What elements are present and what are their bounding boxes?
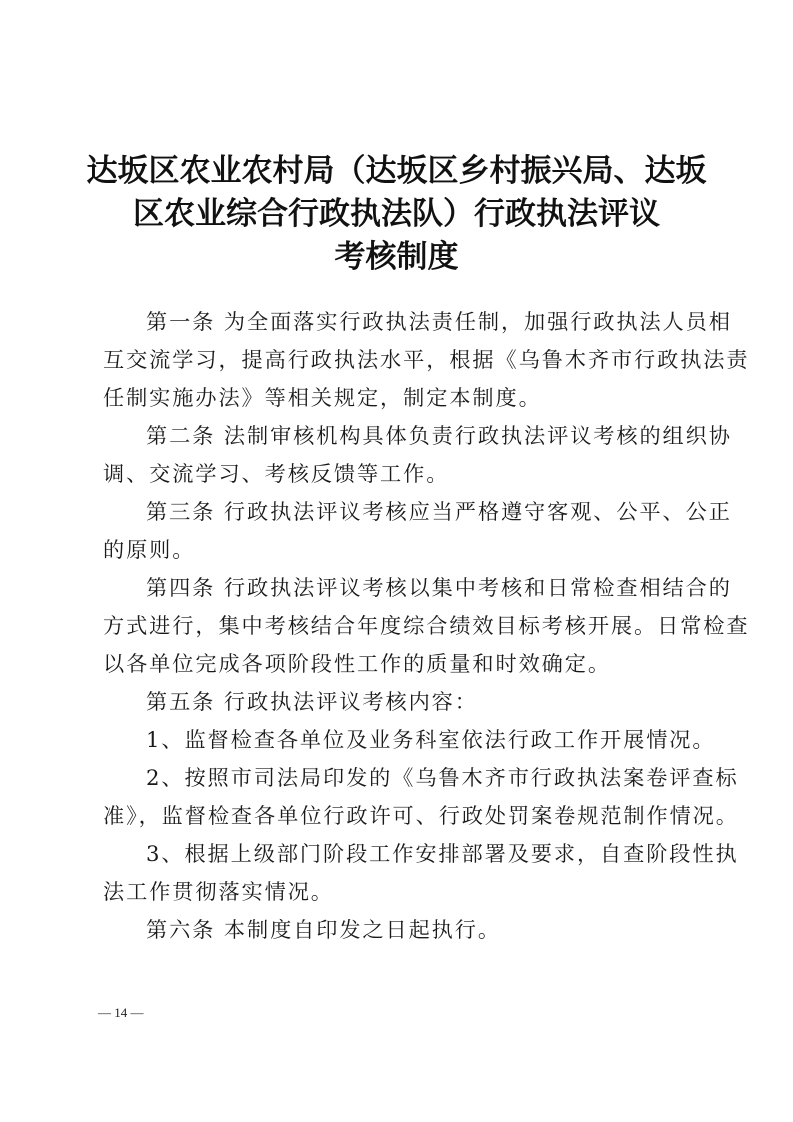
article-3-line-2: 的原则。	[103, 535, 195, 565]
item-2-line-2: 准》，监督检查各单位行政许可、行政处罚案卷规范制作情况。	[103, 801, 739, 831]
item-1-line-1: 1、监督检查各单位及业务科室依法行政工作开展情况。	[146, 725, 715, 755]
article-1-line-1: 第一条 为全面落实行政执法责任制，加强行政执法人员相	[146, 307, 732, 337]
item-2-line-1: 2、按照市司法局印发的《乌鲁木齐市行政执法案卷评查标	[146, 763, 739, 793]
article-3-line-1: 第三条 行政执法评议考核应当严格遵守客观、公平、公正	[146, 497, 732, 527]
article-4-line-1: 第四条 行政执法评议考核以集中考核和日常检查相结合的	[146, 573, 732, 603]
title-line-2: 区农业综合行政执法队）行政执法评议	[0, 193, 793, 236]
article-4-line-2: 方式进行，集中考核结合年度综合绩效目标考核开展。日常检查	[103, 611, 749, 641]
article-1-line-2: 互交流学习，提高行政执法水平，根据《乌鲁木齐市行政执法责	[103, 345, 749, 375]
item-3-line-1: 3、根据上级部门阶段工作安排部署及要求，自查阶段性执	[146, 839, 739, 869]
article-6-line-1: 第六条 本制度自印发之日起执行。	[146, 915, 501, 945]
document-page: 达坂区农业农村局（达坂区乡村振兴局、达坂 区农业综合行政执法队）行政执法评议 考…	[0, 0, 793, 1122]
item-3-line-2: 法工作贯彻落实情况。	[103, 877, 334, 907]
title-line-1: 达坂区农业农村局（达坂区乡村振兴局、达坂	[0, 150, 793, 193]
article-2-line-2: 调、交流学习、考核反馈等工作。	[103, 459, 449, 489]
page-number: — 14 —	[98, 1005, 144, 1021]
title-line-3: 考核制度	[0, 236, 793, 279]
article-4-line-3: 以各单位完成各项阶段性工作的质量和时效确定。	[103, 649, 611, 679]
article-2-line-1: 第二条 法制审核机构具体负责行政执法评议考核的组织协	[146, 421, 732, 451]
article-1-line-3: 任制实施办法》等相关规定，制定本制度。	[103, 383, 542, 413]
document-title: 达坂区农业农村局（达坂区乡村振兴局、达坂 区农业综合行政执法队）行政执法评议 考…	[0, 150, 793, 279]
article-5-line-1: 第五条 行政执法评议考核内容：	[146, 687, 478, 717]
